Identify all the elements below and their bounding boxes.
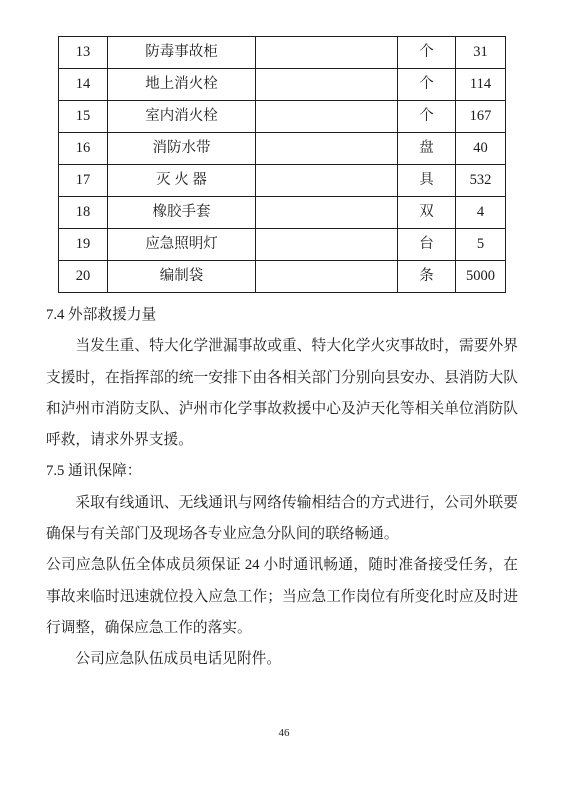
- cell-spec: [256, 165, 398, 197]
- cell-no: 17: [59, 165, 108, 197]
- paragraph-communication-3: 公司应急队伍成员电话见附件。: [46, 644, 518, 675]
- cell-name: 编制袋: [108, 261, 256, 293]
- table-row: 20 编制袋 条 5000: [59, 261, 506, 293]
- cell-name: 灭 火 器: [108, 165, 256, 197]
- cell-name: 消防水带: [108, 133, 256, 165]
- cell-qty: 532: [456, 165, 506, 197]
- cell-unit: 具: [398, 165, 456, 197]
- document-body: 7.4 外部救援力量 当发生重、特大化学泄漏事故或重、特大化学火灾事故时，需要外…: [46, 300, 518, 676]
- cell-no: 16: [59, 133, 108, 165]
- cell-unit: 条: [398, 261, 456, 293]
- cell-qty: 40: [456, 133, 506, 165]
- cell-spec: [256, 197, 398, 229]
- cell-no: 19: [59, 229, 108, 261]
- paragraph-communication-2: 公司应急队伍全体成员须保证 24 小时通讯畅通，随时准备接受任务，在事故来临时迅…: [46, 550, 518, 644]
- cell-spec: [256, 69, 398, 101]
- cell-unit: 个: [398, 37, 456, 69]
- cell-unit: 个: [398, 101, 456, 133]
- table-row: 19 应急照明灯 台 5: [59, 229, 506, 261]
- table-row: 13 防毒事故柜 个 31: [59, 37, 506, 69]
- cell-name: 室内消火栓: [108, 101, 256, 133]
- cell-name: 应急照明灯: [108, 229, 256, 261]
- cell-qty: 31: [456, 37, 506, 69]
- cell-qty: 5: [456, 229, 506, 261]
- cell-no: 15: [59, 101, 108, 133]
- section-heading-7-5: 7.5 通讯保障：: [46, 456, 518, 487]
- cell-no: 18: [59, 197, 108, 229]
- cell-qty: 4: [456, 197, 506, 229]
- document-page: 13 防毒事故柜 个 31 14 地上消火栓 个 114 15 室内消火栓 个 …: [0, 0, 568, 800]
- table-row: 18 橡胶手套 双 4: [59, 197, 506, 229]
- table-row: 15 室内消火栓 个 167: [59, 101, 506, 133]
- cell-spec: [256, 133, 398, 165]
- cell-name: 防毒事故柜: [108, 37, 256, 69]
- cell-unit: 盘: [398, 133, 456, 165]
- cell-no: 13: [59, 37, 108, 69]
- cell-spec: [256, 261, 398, 293]
- cell-no: 14: [59, 69, 108, 101]
- cell-no: 20: [59, 261, 108, 293]
- cell-spec: [256, 229, 398, 261]
- cell-qty: 167: [456, 101, 506, 133]
- paragraph-communication-1: 采取有线通讯、无线通讯与网络传输相结合的方式进行，公司外联要确保与有关部门及现场…: [46, 488, 518, 551]
- table-row: 14 地上消火栓 个 114: [59, 69, 506, 101]
- equipment-table: 13 防毒事故柜 个 31 14 地上消火栓 个 114 15 室内消火栓 个 …: [58, 36, 506, 293]
- cell-unit: 双: [398, 197, 456, 229]
- cell-spec: [256, 37, 398, 69]
- cell-qty: 5000: [456, 261, 506, 293]
- section-heading-7-4: 7.4 外部救援力量: [46, 300, 518, 331]
- cell-spec: [256, 101, 398, 133]
- cell-name: 地上消火栓: [108, 69, 256, 101]
- cell-unit: 个: [398, 69, 456, 101]
- cell-qty: 114: [456, 69, 506, 101]
- cell-unit: 台: [398, 229, 456, 261]
- table-row: 17 灭 火 器 具 532: [59, 165, 506, 197]
- page-number: 46: [0, 727, 568, 739]
- table-row: 16 消防水带 盘 40: [59, 133, 506, 165]
- cell-name: 橡胶手套: [108, 197, 256, 229]
- paragraph-external-rescue: 当发生重、特大化学泄漏事故或重、特大化学火灾事故时，需要外界支援时，在指挥部的统…: [46, 331, 518, 456]
